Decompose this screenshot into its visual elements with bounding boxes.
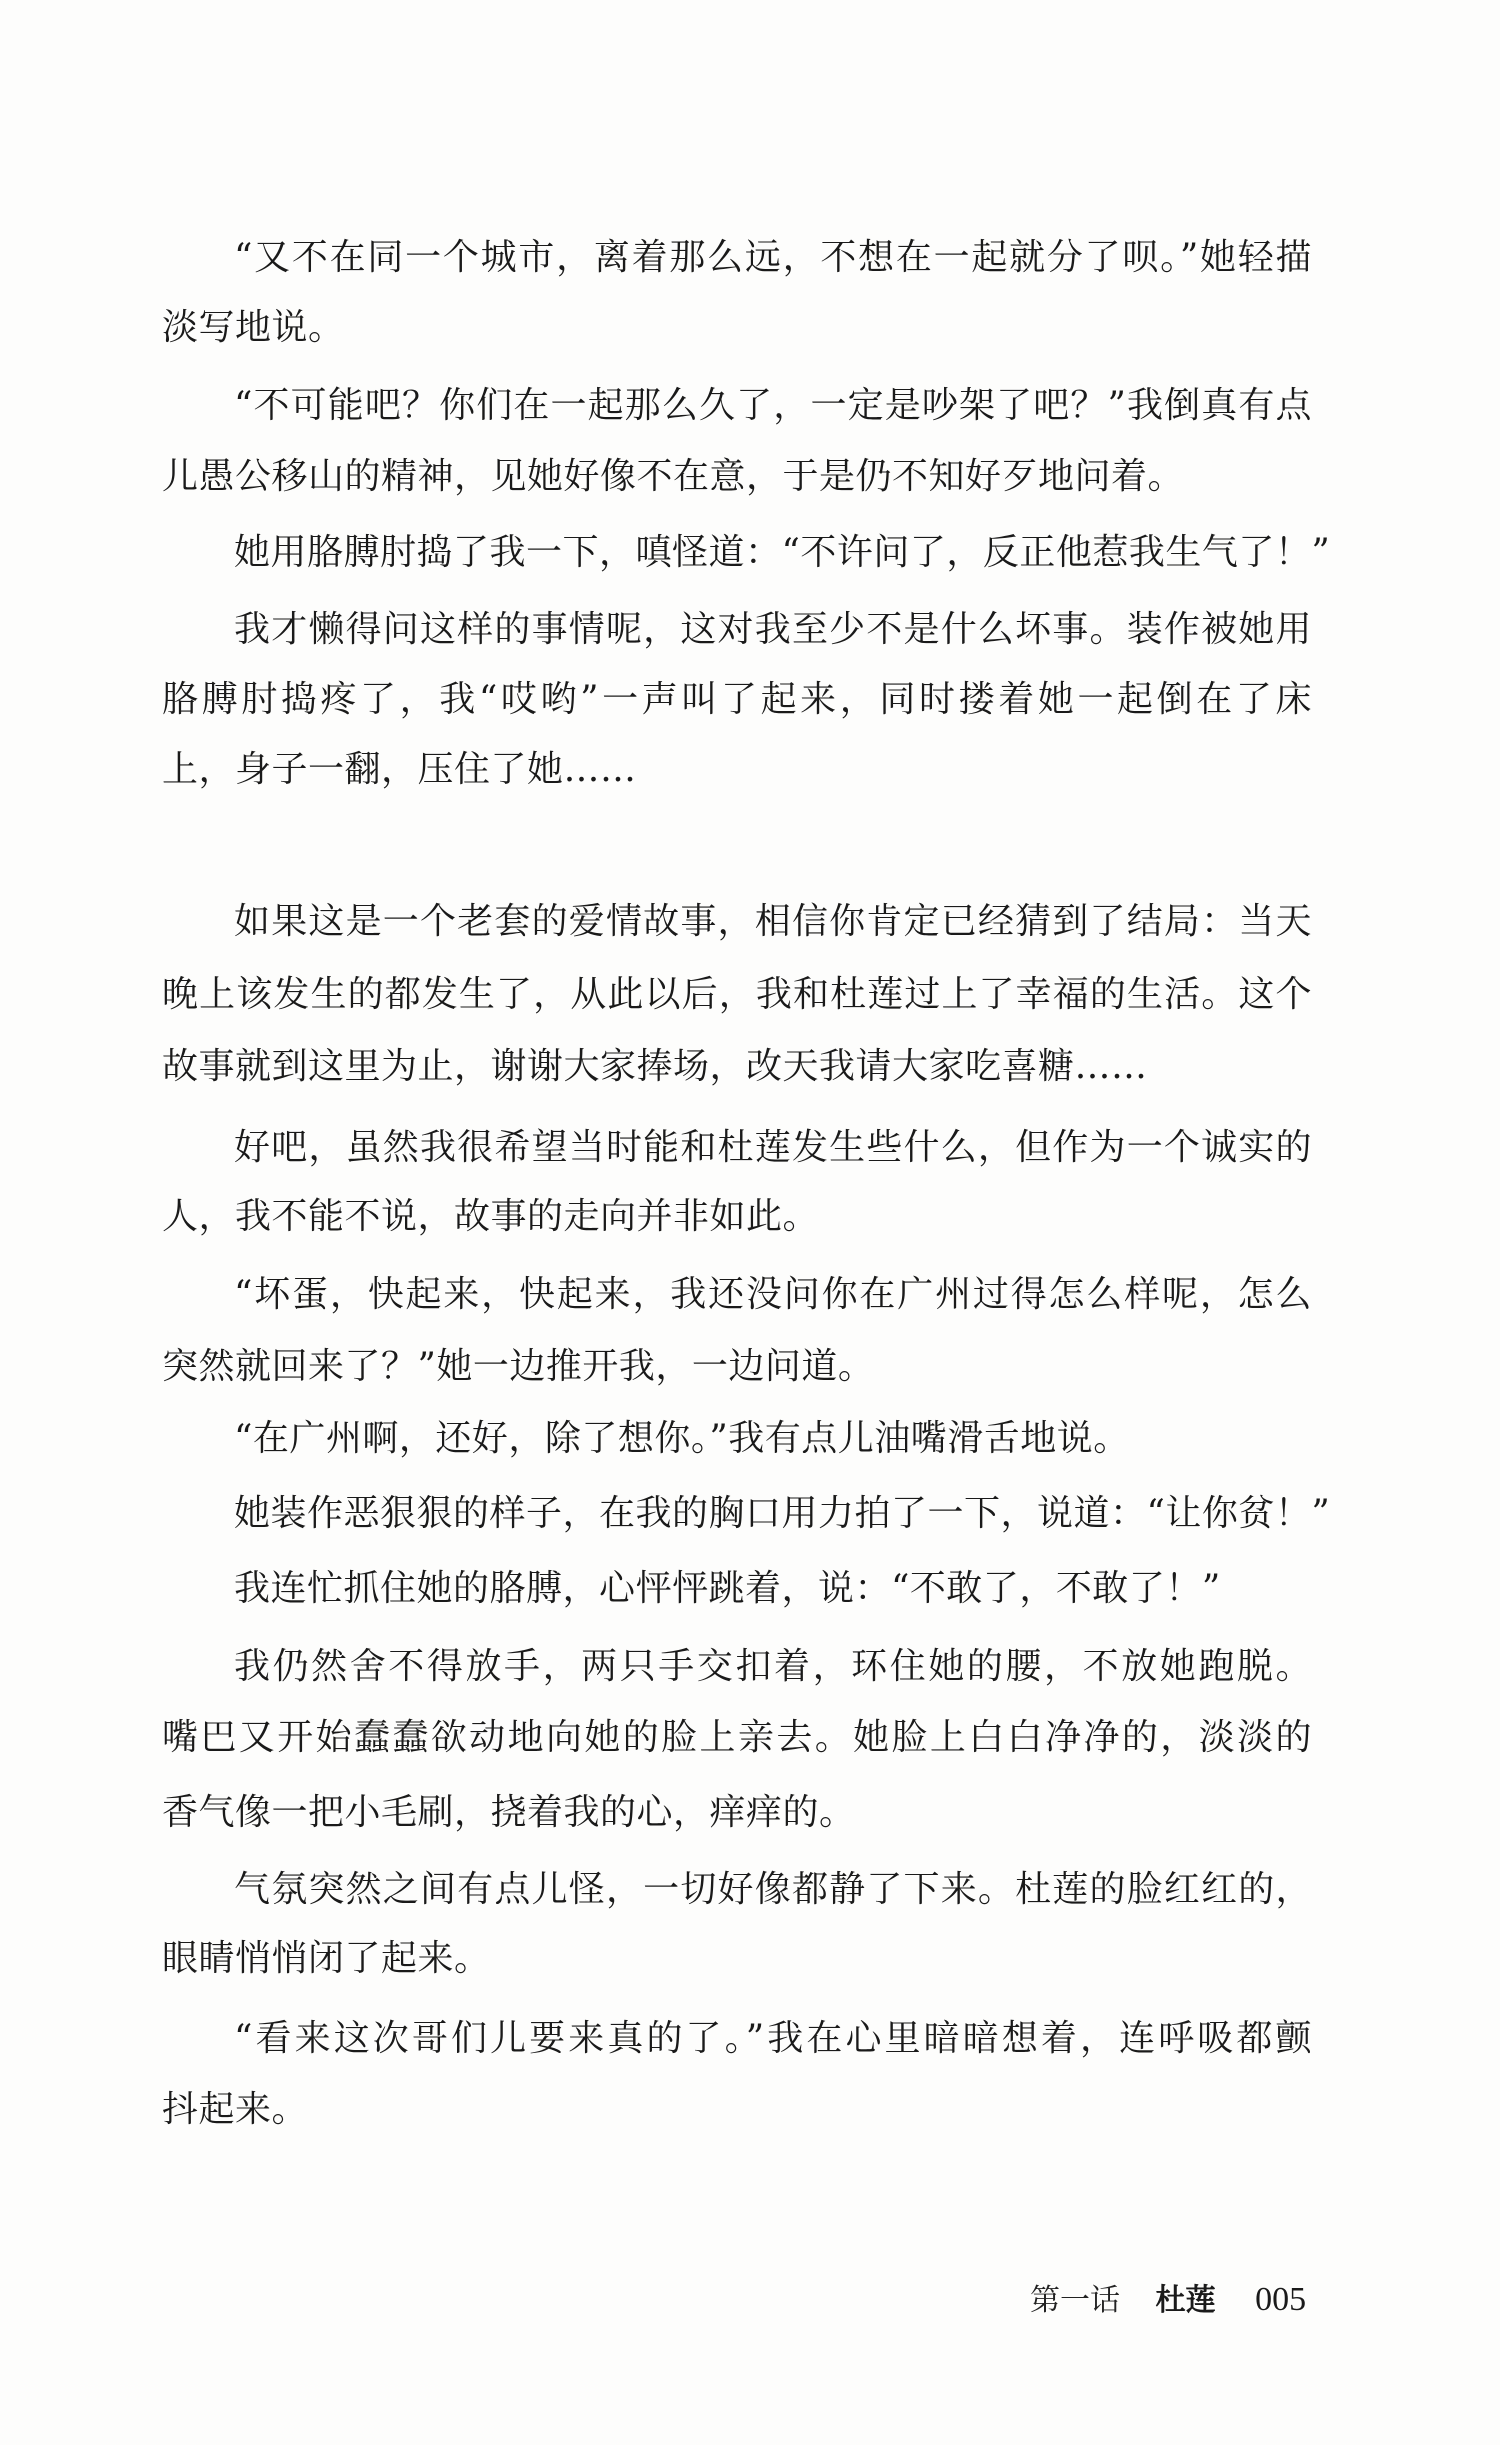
chapter-label: 第一话 — [1030, 2283, 1120, 2318]
text-line: 眼睛悄悄闭了起来。 — [162, 1937, 1312, 1981]
text-line: 嘴巴又开始蠢蠢欲动地向她的脸上亲去。她脸上白白净净的，淡淡的 — [162, 1716, 1312, 1760]
text-line: 上，身子一翻，压住了她…… — [162, 748, 1312, 792]
text-line: 她用胳膊肘捣了我一下，嗔怪道：“不许问了，反正他惹我生气了！” — [234, 531, 1312, 575]
text-line: 人，我不能不说，故事的走向并非如此。 — [162, 1195, 1312, 1239]
text-line: 儿愚公移山的精神，见她好像不在意，于是仍不知好歹地问着。 — [162, 455, 1312, 499]
text-line: 突然就回来了？”她一边推开我，一边问道。 — [162, 1345, 1312, 1389]
text-line: 故事就到这里为止，谢谢大家捧场，改天我请大家吃喜糖…… — [162, 1045, 1312, 1089]
text-line: 我仍然舍不得放手，两只手交扣着，环住她的腰，不放她跑脱。 — [234, 1645, 1312, 1689]
text-line: 我才懒得问这样的事情呢，这对我至少不是什么坏事。装作被她用 — [234, 608, 1312, 652]
text-line: 我连忙抓住她的胳膊，心怦怦跳着，说：“不敢了，不敢了！” — [234, 1567, 1312, 1611]
text-line: 她装作恶狠狠的样子，在我的胸口用力拍了一下，说道：“让你贫！” — [234, 1492, 1312, 1536]
chapter-title: 杜莲 — [1156, 2283, 1216, 2318]
page-number: 005 — [1255, 2281, 1306, 2318]
text-line: 淡写地说。 — [162, 306, 1312, 350]
text-line: 气氛突然之间有点儿怪，一切好像都静了下来。杜莲的脸红红的， — [234, 1868, 1312, 1912]
text-line: “看来这次哥们儿要来真的了。”我在心里暗暗想着，连呼吸都颤 — [234, 2017, 1312, 2061]
text-line: 如果这是一个老套的爱情故事，相信你肯定已经猜到了结局：当天 — [234, 900, 1312, 944]
page-footer: 第一话 杜莲 005 — [1030, 2280, 1306, 2321]
text-line: “在广州啊，还好，除了想你。”我有点儿油嘴滑舌地说。 — [234, 1417, 1312, 1461]
text-line: “不可能吧？你们在一起那么久了，一定是吵架了吧？”我倒真有点 — [234, 384, 1312, 428]
text-line: 好吧，虽然我很希望当时能和杜莲发生些什么，但作为一个诚实的 — [234, 1126, 1312, 1170]
text-line: 晚上该发生的都发生了，从此以后，我和杜莲过上了幸福的生活。这个 — [162, 973, 1312, 1017]
text-line: “又不在同一个城市，离着那么远，不想在一起就分了呗。”她轻描 — [234, 236, 1312, 280]
text-line: 抖起来。 — [162, 2088, 1312, 2132]
text-line: “坏蛋，快起来，快起来，我还没问你在广州过得怎么样呢，怎么 — [234, 1273, 1312, 1317]
text-line: 香气像一把小毛刷，挠着我的心，痒痒的。 — [162, 1791, 1312, 1835]
text-line: 胳膊肘捣疼了，我“哎哟”一声叫了起来，同时搂着她一起倒在了床 — [162, 678, 1312, 722]
